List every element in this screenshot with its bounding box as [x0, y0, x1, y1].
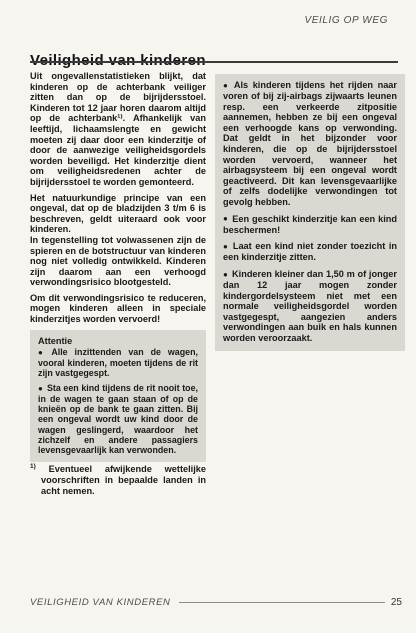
list-item: ●Een geschikt kinderzitje kan een kind b…	[223, 214, 397, 236]
list-item-text: Sta een kind tijdens de rit nooit toe, i…	[38, 383, 198, 455]
bullet-icon: ●	[223, 214, 228, 223]
paragraph: Het natuurkundige principe van een ongev…	[30, 193, 206, 235]
list-item: ●Sta een kind tijdens de rit nooit toe, …	[38, 383, 198, 455]
warning-box: ●Als kinderen tijdens het rijden naar vo…	[215, 74, 405, 351]
list-item-text: Als kinderen tijdens het rijden naar vor…	[223, 80, 397, 207]
footer-label: VEILIGHEID VAN KINDEREN	[30, 597, 171, 608]
manual-page: VEILIG OP WEG Veiligheid van kinderen Ui…	[0, 0, 416, 633]
bullet-icon: ●	[38, 348, 47, 357]
footnote-text: Eventueel afwijkende wettelijke voorschr…	[36, 464, 206, 495]
attention-box-title: Attentie	[38, 336, 198, 347]
paragraph: Om dit verwondingsrisico te reduceren, m…	[30, 293, 206, 325]
list-item-text: Kinderen kleiner dan 1,50 m of jonger da…	[223, 269, 397, 343]
title-rule	[30, 61, 398, 63]
bullet-icon: ●	[223, 242, 229, 251]
left-column: Uit ongevallenstatistieken blijkt, dat k…	[30, 71, 206, 501]
bullet-icon: ●	[223, 270, 228, 279]
paragraph: Uit ongevallenstatistieken blijkt, dat k…	[30, 71, 206, 188]
list-item: ●Kinderen kleiner dan 1,50 m of jonger d…	[223, 269, 397, 344]
right-column: ●Als kinderen tijdens het rijden naar vo…	[215, 71, 405, 501]
bullet-icon: ●	[223, 81, 230, 90]
list-item-text: Een geschikt kinderzitje kan een kind be…	[223, 214, 397, 235]
bullet-icon: ●	[38, 384, 43, 393]
page-number: 25	[391, 597, 402, 608]
list-item-text: Laat een kind niet zonder toezicht in ee…	[223, 241, 397, 262]
list-item: ●Alle inzittenden van de wagen, vooral k…	[38, 347, 198, 378]
list-item: ●Laat een kind niet zonder toezicht in e…	[223, 241, 397, 263]
content-columns: Uit ongevallenstatistieken blijkt, dat k…	[30, 71, 405, 501]
footnote: 1) Eventueel afwijkende wettelijke voors…	[30, 462, 206, 496]
list-item-text: Alle inzittenden van de wagen, vooral ki…	[38, 347, 198, 378]
footer-rule	[179, 602, 385, 603]
running-head: VEILIG OP WEG	[304, 15, 388, 26]
page-footer: VEILIGHEID VAN KINDEREN 25	[30, 597, 402, 608]
attention-box: Attentie ●Alle inzittenden van de wagen,…	[30, 330, 206, 463]
paragraph: In tegenstelling tot volwassenen zijn de…	[30, 235, 206, 288]
list-item: ●Als kinderen tijdens het rijden naar vo…	[223, 80, 397, 208]
